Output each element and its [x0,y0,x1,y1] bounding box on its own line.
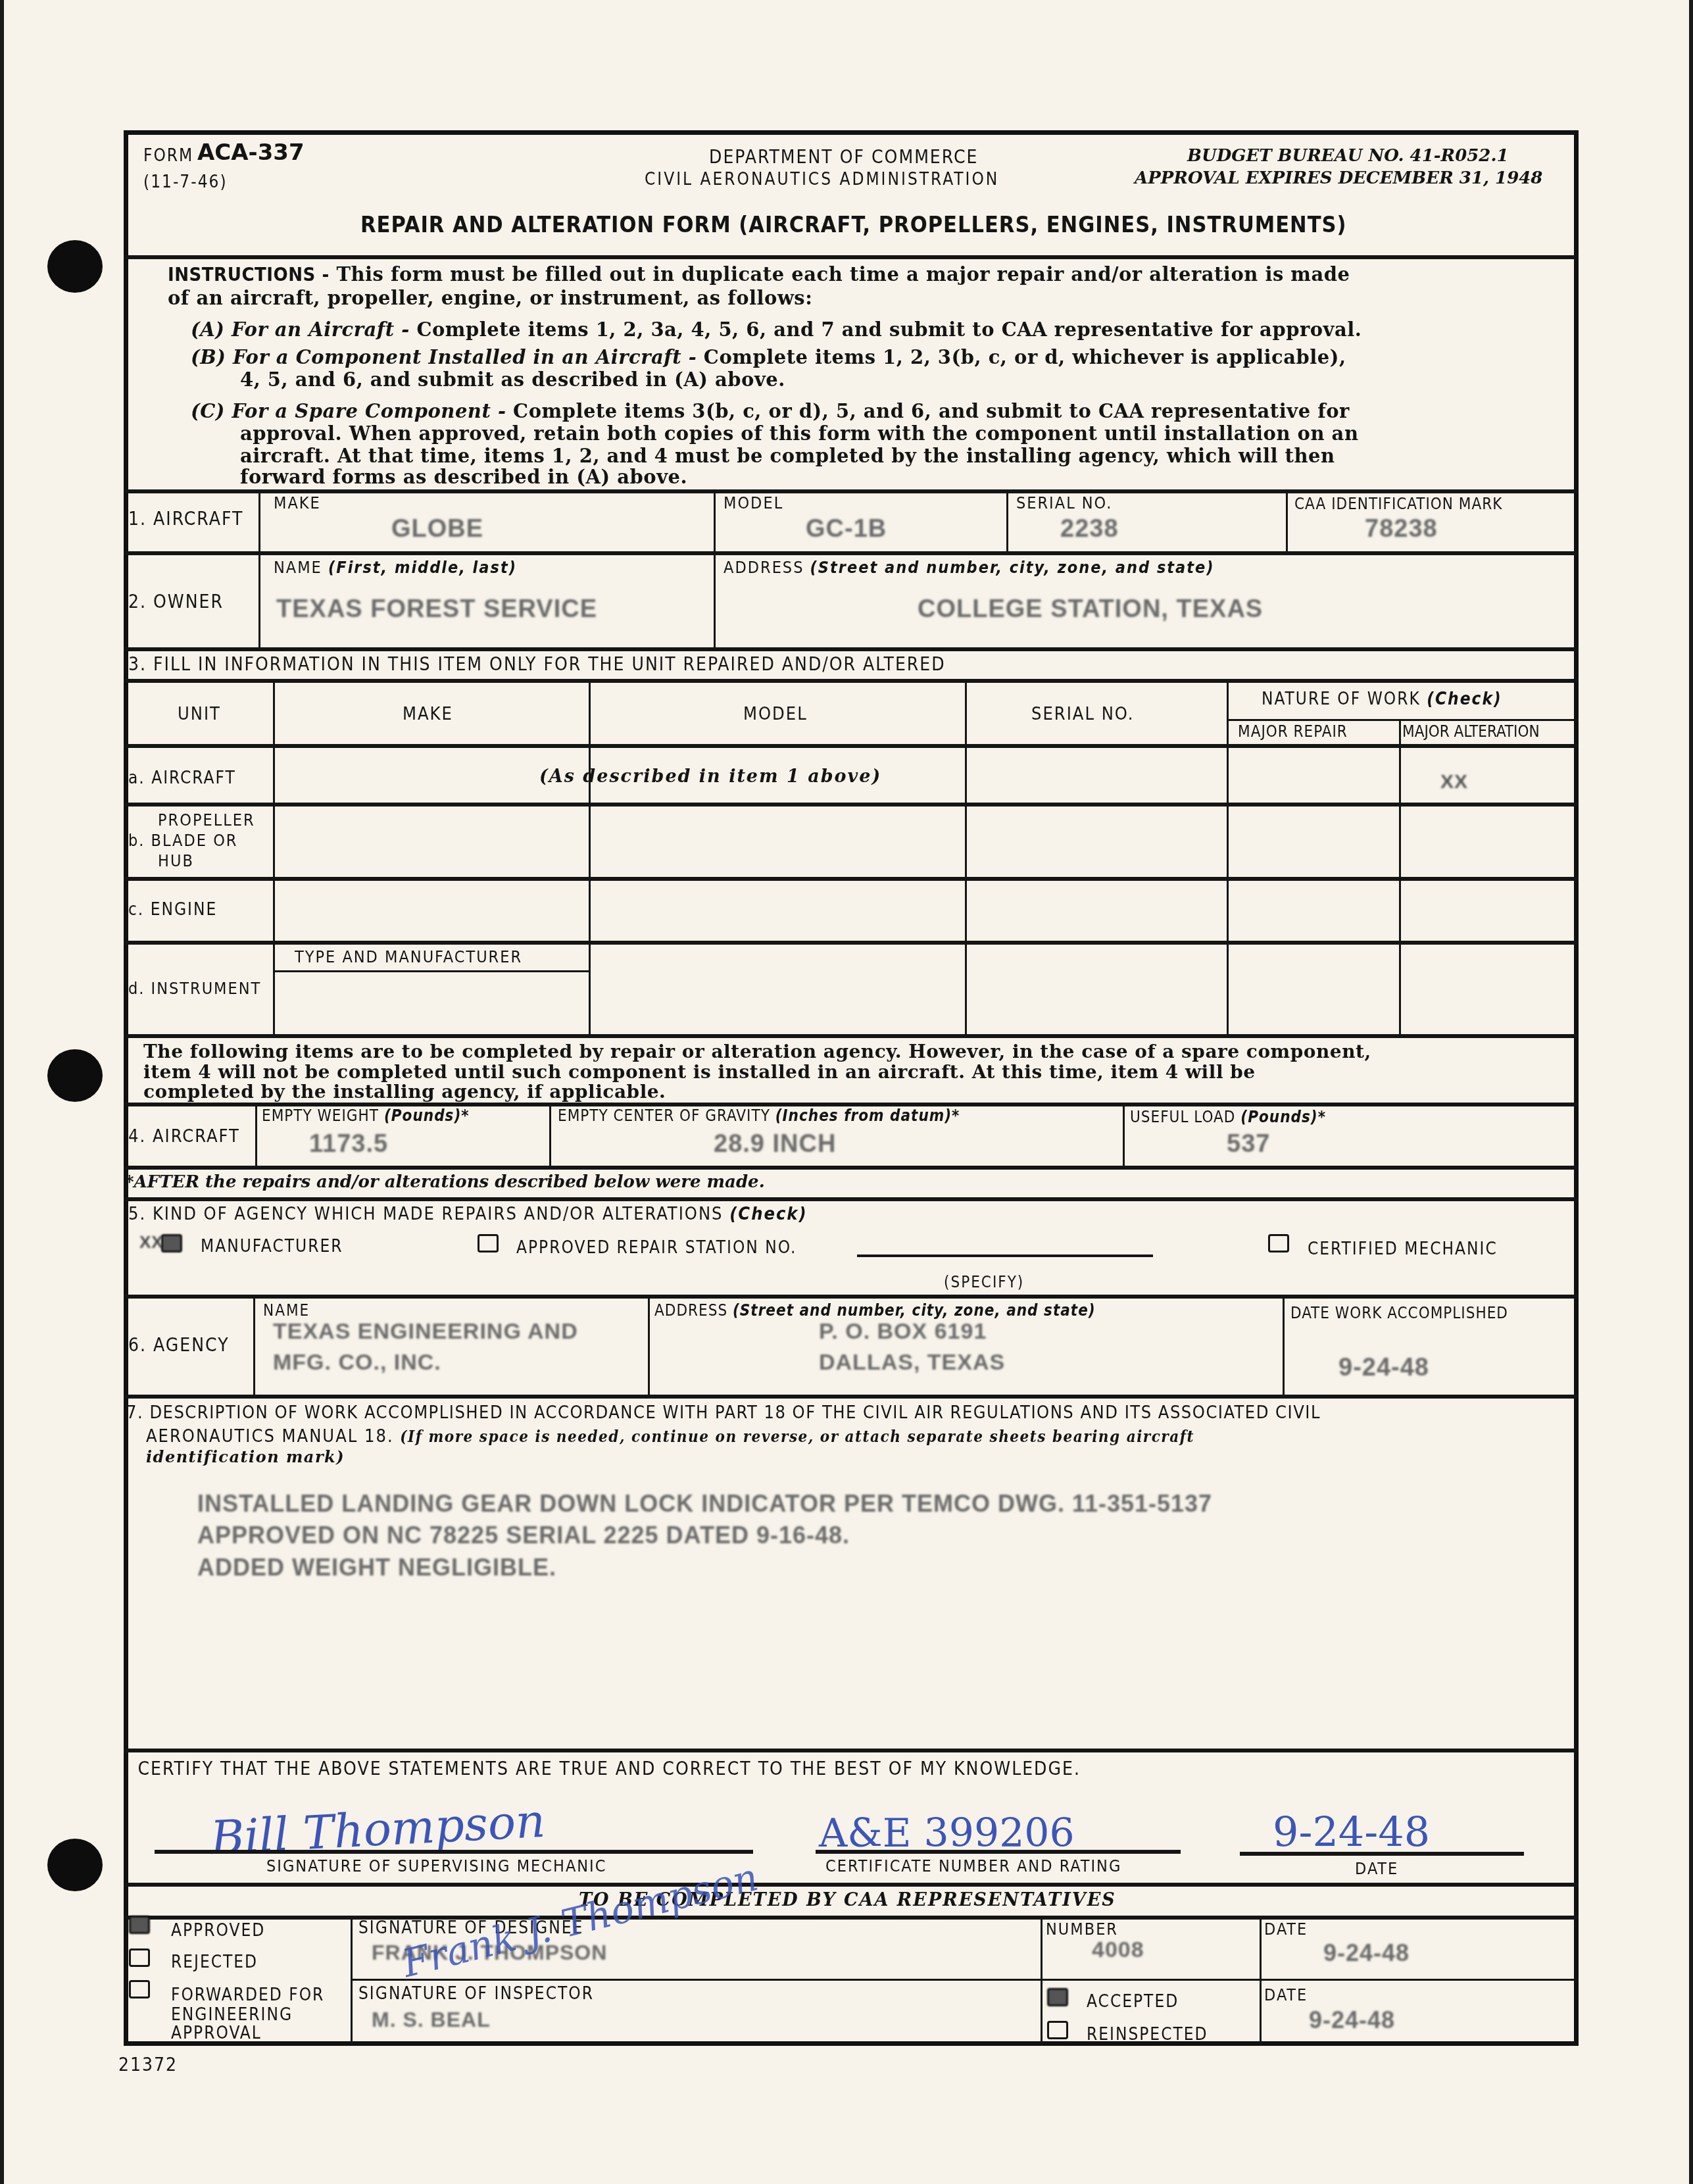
divider [124,647,1579,651]
description-line-2: APPROVED ON NC 78225 SERIAL 2225 DATED 9… [197,1522,850,1549]
approval-expiry: APPROVAL EXPIRES DECEMBER 31, 1948 [1135,168,1542,188]
instruction-a-label: (A) For an Aircraft - [191,318,410,341]
forwarded-label-line-2: ENGINEERING [171,2005,293,2025]
date-work-accomplished-field[interactable]: 9-24-48 [1338,1354,1429,1382]
divider [258,492,260,553]
form-label: FORM [143,146,193,166]
item-7-hint-line-2: identification mark) [146,1447,345,1466]
divider [589,682,591,1035]
divider [549,1105,551,1166]
designee-date-label: DATE [1264,1920,1308,1939]
instructions-line-2: of an aircraft, propeller, engine, or in… [168,287,812,309]
certificate-number-label: CERTIFICATE NUMBER AND RATING [825,1856,1121,1875]
date-work-accomplished-label: DATE WORK ACCOMPLISHED [1290,1304,1508,1322]
row-unit-propeller-line-1: PROPELLER [158,810,255,830]
model-label: MODEL [724,493,783,512]
divider [1041,1916,1043,2046]
divider [124,1749,1579,1752]
empty-cg-field[interactable]: 28.9 INCH [714,1130,836,1158]
form-number: ACA-337 [197,139,305,166]
divider [648,1297,650,1395]
divider [124,679,1579,683]
divider [124,551,1579,555]
certification-date-label: DATE [1355,1859,1398,1878]
agency-name-line-2[interactable]: MFG. CO., INC. [273,1350,441,1376]
owner-address-label: ADDRESS [724,558,804,577]
manufacturer-checkbox[interactable] [161,1234,182,1253]
designee-date-field[interactable]: 9-24-48 [1323,1939,1410,1967]
column-header-major-repair: MAJOR REPAIR [1238,722,1348,741]
divider [1227,682,1229,1035]
description-line-3: ADDED WEIGHT NEGLIGIBLE. [197,1554,556,1581]
row-unit-propeller-line-2: b. BLADE OR [128,831,237,850]
instruction-b-text-1: Complete items 1, 2, 3(b, c, or d, which… [704,346,1346,368]
instructions-line-1: This form must be filled out in duplicat… [336,263,1350,285]
column-header-serial: SERIAL NO. [1031,704,1135,724]
specify-label: (SPECIFY) [944,1273,1024,1291]
empty-weight-label: EMPTY WEIGHT [262,1106,379,1125]
owner-name-field[interactable]: TEXAS FOREST SERVICE [276,595,597,624]
major-alteration-check-aircraft[interactable]: XX [1440,771,1468,793]
divider [1260,1916,1262,2046]
useful-load-hint: (Pounds)* [1240,1108,1326,1126]
form-revision-date: (11-7-46) [143,172,228,192]
instruction-c-text-2: approval. When approved, retain both cop… [240,422,1359,445]
divider [124,941,1579,945]
agency-address-hint: (Street and number, city, zone, and stat… [733,1301,1096,1320]
reinspected-label: REINSPECTED [1087,2025,1208,2045]
divider [714,492,716,553]
agency-name-label: NAME [263,1301,310,1320]
owner-name-hint: (First, middle, last) [328,558,517,577]
divider [1006,492,1008,553]
item-7-title-line-1: 7. DESCRIPTION OF WORK ACCOMPLISHED IN A… [126,1402,1321,1423]
model-field[interactable]: GC-1B [806,515,887,543]
approved-checkbox[interactable] [129,1916,150,1934]
inspector-date-field[interactable]: 9-24-48 [1309,2006,1395,2034]
owner-address-field[interactable]: COLLEGE STATION, TEXAS [918,595,1263,624]
agency-note-line-3: completed by the installing agency, if a… [143,1081,666,1103]
manufacturer-label: MANUFACTURER [201,1237,343,1256]
divider [253,1297,255,1395]
empty-cg-hint: (Inches from datum)* [775,1106,960,1125]
designee-number-label: NUMBER [1046,1920,1118,1939]
mechanic-signature-line [155,1850,753,1854]
divider [255,1105,257,1166]
row-aircraft-note: (As described in item 1 above) [539,766,881,787]
manufacturer-check-mark: XX [139,1232,164,1253]
forwarded-label-line-1: FORWARDED FOR [171,1985,324,2005]
item-5-hint: (Check) [729,1204,807,1224]
agency-line-2: CIVIL AERONAUTICS ADMINISTRATION [645,170,999,189]
instruction-b-label: (B) For a Component Installed in an Airc… [191,346,697,368]
divider [351,1979,1579,1981]
instruction-c-text-1: Complete items 3(b, c, or d), 5, and 6, … [513,400,1350,422]
footnote-after: AFTER [134,1172,199,1192]
certificate-number-line [816,1850,1181,1854]
agency-note-line-2: item 4 will not be completed until such … [143,1061,1256,1083]
empty-weight-hint: (Pounds)* [384,1106,470,1125]
row-unit-propeller-line-3: HUB [158,851,194,870]
footnote-star: * [125,1172,134,1192]
instructions-lead: INSTRUCTIONS - [168,263,330,285]
item-4-label: 4. AIRCRAFT [128,1126,240,1147]
divider [1227,719,1579,721]
useful-load-label: USEFUL LOAD [1130,1108,1235,1126]
row-unit-engine: c. ENGINE [128,900,217,920]
mechanic-signature-label: SIGNATURE OF SUPERVISING MECHANIC [266,1856,606,1875]
column-header-major-alteration: MAJOR ALTERATION [1402,722,1540,741]
instruction-c-text-3: aircraft. At that time, items 1, 2, and … [240,445,1335,467]
item-7-hint-line-1: (If more space is needed, continue on re… [400,1427,1194,1446]
binder-hole-top [47,240,103,293]
divider [351,1916,353,2046]
binder-hole-bottom [47,1839,103,1891]
divider [124,1034,1579,1038]
row-unit-instrument: d. INSTRUMENT [128,979,261,998]
make-field[interactable]: GLOBE [391,515,483,543]
caa-identification-mark-field[interactable]: 78238 [1365,515,1438,543]
divider [1283,1297,1285,1395]
rejected-checkbox[interactable] [129,1948,150,1967]
agency-line-1: DEPARTMENT OF COMMERCE [709,146,978,168]
footnote-text: the repairs and/or alterations described… [205,1172,765,1192]
divider [714,554,716,648]
row-unit-aircraft: a. AIRCRAFT [128,768,236,788]
divider [124,803,1579,807]
caa-identification-mark-label: CAA IDENTIFICATION MARK [1294,495,1502,513]
make-label: MAKE [274,493,321,512]
divider [258,554,260,648]
divider [273,682,275,1035]
divider [1123,1105,1125,1166]
approved-label: APPROVED [171,1921,265,1941]
certification-date-field[interactable]: 9-24-48 [1273,1808,1430,1856]
repair-station-label: APPROVED REPAIR STATION NO. [516,1238,797,1258]
agency-address-line-1[interactable]: P. O. BOX 6191 [819,1319,987,1345]
item-5-title: 5. KIND OF AGENCY WHICH MADE REPAIRS AND… [128,1204,724,1224]
divider [124,1916,1579,1920]
instruction-a-text: Complete items 1, 2, 3a, 4, 5, 6, and 7 … [416,318,1362,341]
certified-mechanic-label: CERTIFIED MECHANIC [1308,1239,1498,1259]
divider [124,1197,1579,1201]
budget-bureau-number: BUDGET BUREAU NO. 41-R052.1 [1187,146,1509,166]
divider [124,489,1579,493]
repair-station-number-field[interactable] [857,1254,1153,1257]
designee-number-field[interactable]: 4008 [1092,1937,1144,1963]
divider [1286,492,1288,553]
form-title: REPAIR AND ALTERATION FORM (AIRCRAFT, PR… [360,212,1347,238]
major-repair-cell-aircraft[interactable] [1230,747,1398,800]
instruction-c-label: (C) For a Spare Component - [191,400,506,422]
divider [124,255,1579,259]
item-6-label: 6. AGENCY [128,1334,230,1356]
serial-number-field[interactable]: 2238 [1060,515,1119,543]
column-header-model: MODEL [743,704,808,724]
item-1-label: 1. AIRCRAFT [128,508,243,530]
page-right-edge [1689,0,1693,2184]
item-3-title: 3. FILL IN INFORMATION IN THIS ITEM ONLY… [128,653,946,675]
inspector-signature-field[interactable]: M. S. BEAL [372,2008,491,2032]
instrument-type-manufacturer-label: TYPE AND MANUFACTURER [295,947,522,966]
column-header-unit: UNIT [178,704,221,724]
page-left-edge [0,0,4,2184]
document-serial-number: 21372 [118,2054,178,2075]
instruction-b-text-2: 4, 5, and 6, and submit as described in … [240,368,785,391]
item-7-title-line-2: AERONAUTICS MANUAL 18. [146,1426,394,1447]
owner-name-label: NAME [274,558,322,577]
accepted-checkbox[interactable] [1047,1988,1068,2006]
column-header-make: MAKE [403,704,453,724]
agency-address-label: ADDRESS [654,1301,727,1320]
reinspected-checkbox[interactable] [1047,2021,1068,2039]
rejected-label: REJECTED [171,1952,258,1972]
certification-statement: I CERTIFY THAT THE ABOVE STATEMENTS ARE … [125,1758,1081,1779]
divider [965,682,967,1035]
binder-hole-middle [47,1049,103,1102]
divider [124,1395,1579,1399]
agency-address-line-2[interactable]: DALLAS, TEXAS [819,1350,1005,1376]
empty-weight-field[interactable]: 1173.5 [309,1130,388,1158]
forwarded-for-engineering-checkbox[interactable] [129,1980,150,1998]
nature-of-work-hint: (Check) [1427,689,1502,709]
description-line-1: INSTALLED LANDING GEAR DOWN LOCK INDICAT… [197,1490,1212,1518]
forwarded-label-line-3: APPROVAL [171,2023,262,2043]
after-repairs-footnote: *AFTER the repairs and/or alterations de… [125,1172,765,1192]
agency-name-line-1[interactable]: TEXAS ENGINEERING AND [273,1319,578,1345]
certification-date-line [1240,1852,1524,1856]
accepted-label: ACCEPTED [1087,1992,1179,2012]
column-header-nature-of-work: NATURE OF WORK [1262,689,1421,709]
item-2-label: 2. OWNER [128,591,224,612]
repair-station-checkbox[interactable] [478,1234,499,1253]
serial-number-label: SERIAL NO. [1016,493,1112,512]
instruction-c-text-4: forward forms as described in (A) above. [240,466,687,488]
divider [124,1295,1579,1299]
useful-load-field[interactable]: 537 [1227,1130,1270,1158]
divider [275,970,589,972]
divider [124,1166,1579,1170]
inspector-date-label: DATE [1264,1985,1308,2004]
empty-cg-label: EMPTY CENTER OF GRAVITY [558,1106,770,1125]
inspector-signature-label: SIGNATURE OF INSPECTOR [358,1984,594,2004]
agency-note-line-1: The following items are to be completed … [143,1041,1371,1063]
divider [124,1883,1579,1887]
owner-address-hint: (Street and number, city, zone, and stat… [810,558,1215,577]
divider [124,877,1579,881]
certified-mechanic-checkbox[interactable] [1268,1234,1289,1253]
